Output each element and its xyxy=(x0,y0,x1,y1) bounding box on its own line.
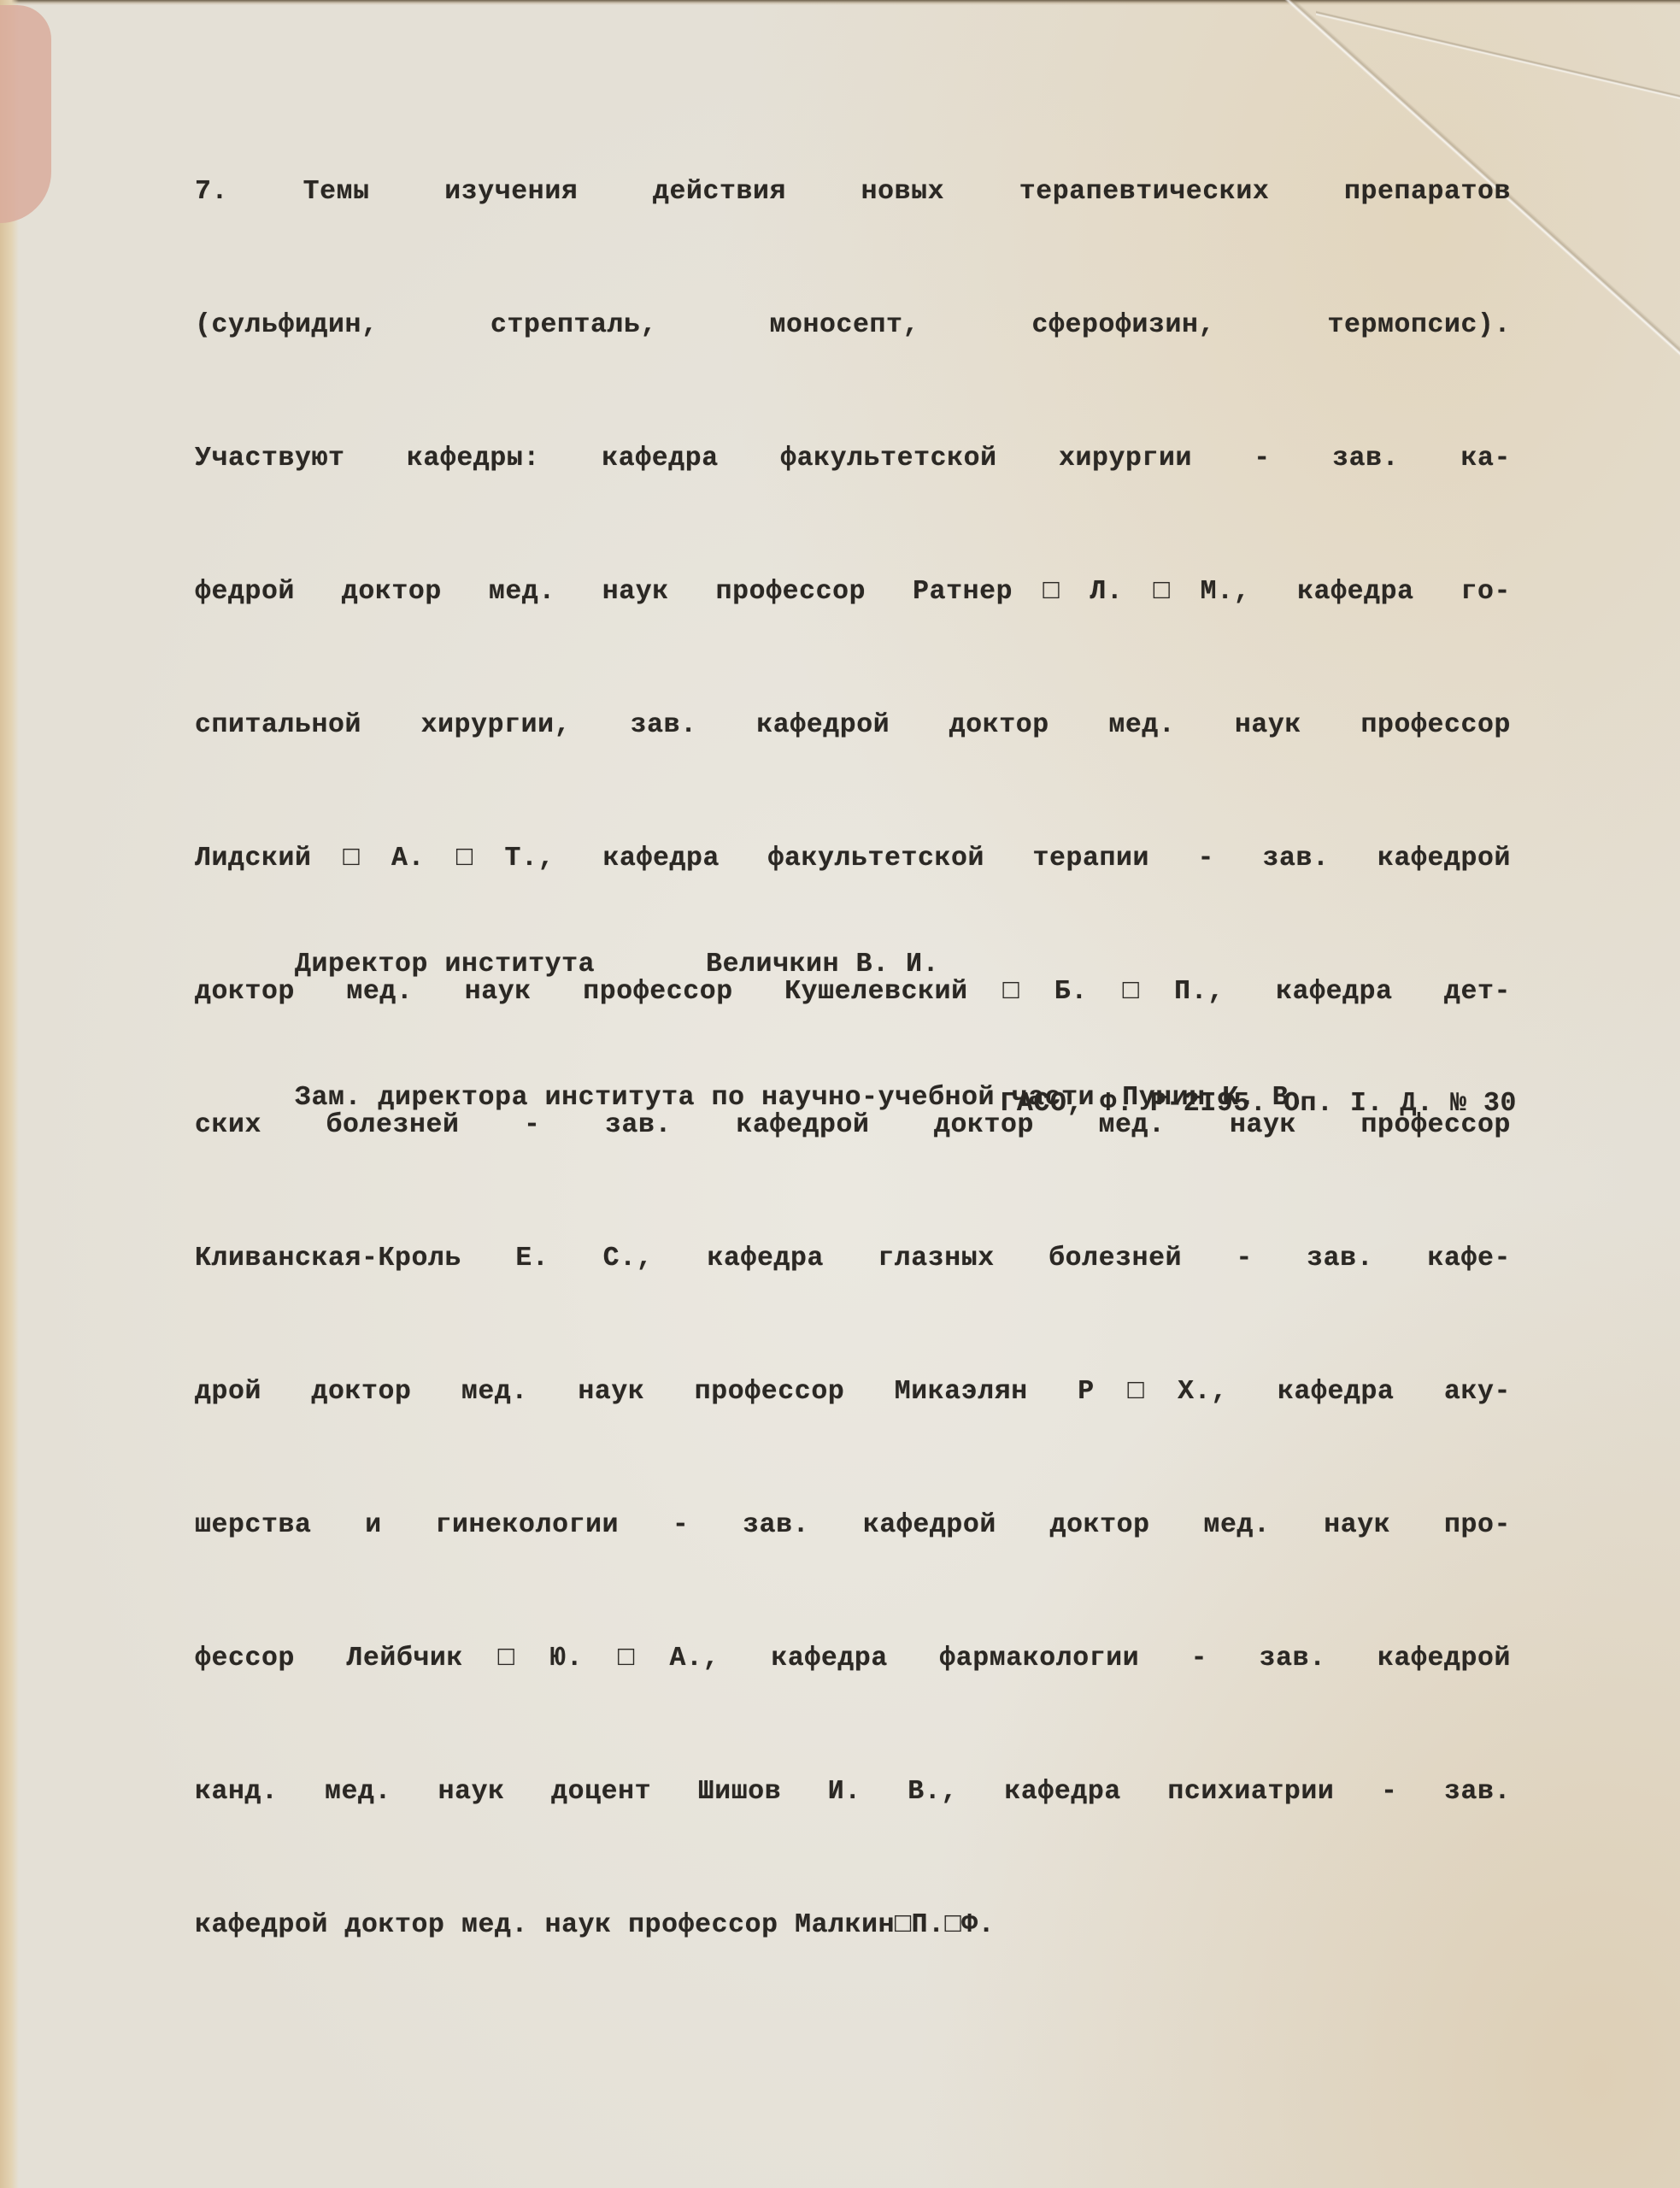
body-line: Участвуют кафедры: кафедра факультетской… xyxy=(195,437,1511,481)
body-line: канд. мед. наук доцент Шишов И. В., кафе… xyxy=(195,1770,1511,1815)
body-line: фессор Лейбчик□Ю.□А., кафедра фармаколог… xyxy=(195,1637,1511,1681)
body-line: Кливанская-Кроль Е. С., кафедра глазных … xyxy=(195,1237,1511,1281)
paper-top-edge xyxy=(0,0,1680,5)
body-line: кафедрой доктор мед. наук профессор Малк… xyxy=(195,1903,1511,1948)
paper-left-edge xyxy=(0,0,19,2188)
body-line: (сульфидин, стрепталь, моносепт, сферофи… xyxy=(195,303,1511,348)
body-line: спитальной хирургии, зав. кафедрой докто… xyxy=(195,703,1511,748)
paper-page: 7. Темы изучения действия новых терапевт… xyxy=(0,0,1680,2188)
pink-stain-mark xyxy=(0,5,51,223)
signature-director: Директор институтаВеличкин В. И. xyxy=(195,898,1306,943)
body-line: шерства и гинекологии - зав. кафедрой до… xyxy=(195,1503,1511,1548)
body-line: федрой доктор мед. наук профессор Ратнер… xyxy=(195,570,1511,615)
body-line: дрой доктор мед. наук профессор Микаэлян… xyxy=(195,1370,1511,1415)
archive-reference: ГАСО, Ф. Р-2I95. Оп. I. Д. № 30 xyxy=(846,1082,1517,1126)
signature-name: Величкин В. И. xyxy=(706,950,939,979)
signature-title: Директор института xyxy=(295,950,595,979)
body-line: 7. Темы изучения действия новых терапевт… xyxy=(195,170,1511,215)
signature-deputy-director: Зам. директора института по научно-учебн… xyxy=(195,1032,1306,1076)
